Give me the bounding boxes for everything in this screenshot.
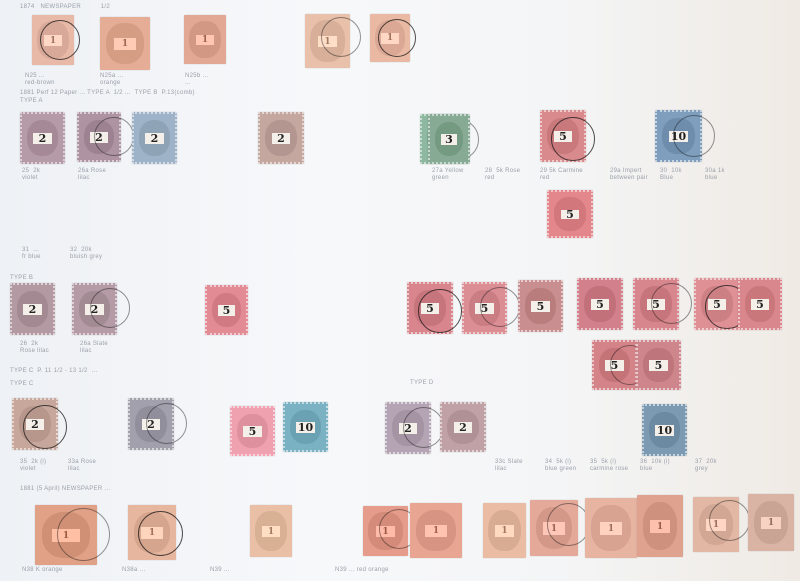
stamp-s14[interactable]: 5 xyxy=(547,190,593,238)
caption-cap-29: 29 5k Carmine red xyxy=(540,168,583,182)
header-note-hdr-typeA: 1881 Perf 12 Paper ... TYPE A 1/2 ... TY… xyxy=(20,90,195,97)
caption-cap-36: 36 10k (i) blue xyxy=(640,459,670,473)
caption-cap-n25: N25 ... red-brown xyxy=(25,73,55,87)
stamp-s7[interactable]: 2 xyxy=(77,112,121,162)
stamp-s31[interactable]: 2 xyxy=(385,402,431,454)
stamp-s29[interactable]: 5 xyxy=(230,406,275,456)
header-note-hdr-typeC: TYPE C xyxy=(10,381,33,388)
header-note-hdr-typeD: TYPE D xyxy=(410,380,433,387)
stamp-s43[interactable]: 1 xyxy=(693,497,739,552)
stamp-value: 2 xyxy=(33,133,51,144)
stamp-s41[interactable]: 1 xyxy=(585,498,637,558)
header-note-hdr-typeA-short: TYPE A xyxy=(20,98,43,105)
header-note-hdr-1881-newspaper: 1881 (5 April) NEWSPAPER ... xyxy=(20,486,110,493)
caption-cap-n39a: N39 ... red orange xyxy=(335,567,389,574)
header-note-hdr-typeB: TYPE B xyxy=(10,275,33,282)
postmark-icon xyxy=(94,117,133,156)
stamp-value: 10 xyxy=(296,422,314,432)
album-page: 1874 NEWSPAPER 1/21881 Perf 12 Paper ...… xyxy=(0,0,800,581)
caption-cap-n38: N38 K orange xyxy=(22,567,63,574)
stamp-s23[interactable]: 5 xyxy=(694,278,740,330)
stamp-s40[interactable]: 1 xyxy=(530,500,578,556)
stamp-s22[interactable]: 5 xyxy=(633,278,679,330)
stamp-s27[interactable]: 2 xyxy=(12,398,58,450)
caption-cap-35b: 35 5k (i) carmine rose xyxy=(590,459,628,473)
postmark-icon xyxy=(709,500,750,541)
caption-cap-33a: 33a Rose lilac xyxy=(68,459,96,473)
stamp-value: 1 xyxy=(262,526,281,537)
stamp-value: 2 xyxy=(454,422,473,432)
stamp-value: 1 xyxy=(495,525,514,537)
stamp-s19[interactable]: 5 xyxy=(462,282,507,334)
stamp-s33[interactable]: 10 xyxy=(642,404,687,456)
stamp-value: 10 xyxy=(655,425,673,436)
caption-cap-26: 26 2k Rose lilac xyxy=(20,341,49,355)
caption-cap-n25b: N25b ... ... xyxy=(185,73,208,87)
stamp-s8[interactable]: 2 xyxy=(132,112,177,164)
postmark-icon xyxy=(23,405,66,448)
caption-cap-31: 31 ... fr blue xyxy=(22,247,41,261)
stamp-s5[interactable]: 1 xyxy=(370,14,410,62)
stamp-value: 5 xyxy=(561,210,580,220)
stamp-s4[interactable]: 1 xyxy=(305,14,350,68)
stamp-value: 5 xyxy=(218,305,235,315)
stamp-s35[interactable]: 1 xyxy=(128,505,176,560)
stamp-s25[interactable]: 5 xyxy=(592,340,637,390)
caption-cap-28: 28 5k Rose red xyxy=(485,168,520,182)
stamp-s15[interactable]: 2 xyxy=(10,283,55,335)
stamp-s42[interactable]: 1 xyxy=(637,495,683,557)
caption-cap-26a: 26a Rose lilac xyxy=(78,168,106,182)
postmark-icon xyxy=(378,19,416,57)
stamp-s30[interactable]: 10 xyxy=(283,402,328,452)
stamp-value: 1 xyxy=(761,517,781,530)
postmark-icon xyxy=(547,503,590,546)
stamp-s17[interactable]: 5 xyxy=(205,285,248,335)
stamp-value: 5 xyxy=(591,299,610,310)
stamp-value: 5 xyxy=(531,301,549,312)
stamp-s16[interactable]: 2 xyxy=(72,283,117,335)
postmark-icon xyxy=(57,508,110,561)
stamp-s36[interactable]: 1 xyxy=(250,505,292,557)
stamp-s38[interactable]: 1 xyxy=(410,503,462,558)
stamp-s44[interactable]: 1 xyxy=(748,494,794,551)
stamp-value: 2 xyxy=(23,304,41,315)
stamp-s34[interactable]: 1 xyxy=(35,505,97,565)
stamp-value: 1 xyxy=(650,520,670,534)
postmark-icon xyxy=(138,511,183,556)
stamp-s24[interactable]: 5 xyxy=(738,278,782,330)
caption-cap-30: 30 10k Blue xyxy=(660,168,682,182)
stamp-s3[interactable]: 1 xyxy=(184,15,226,64)
stamp-s26[interactable]: 5 xyxy=(636,340,681,390)
caption-cap-n25a: N25a ... orange xyxy=(100,73,123,87)
stamp-value: 1 xyxy=(600,522,623,535)
caption-cap-27a: 27a Yellow green xyxy=(432,168,464,182)
caption-cap-25: 25 2k violet xyxy=(22,168,40,182)
header-note-hdr-1874: 1874 NEWSPAPER 1/2 xyxy=(20,4,110,11)
caption-cap-26a-slate: 26a Slate lilac xyxy=(80,341,108,355)
postmark-icon xyxy=(651,283,692,324)
postmark-icon xyxy=(418,289,461,332)
postmark-icon xyxy=(321,17,361,57)
stamp-s12[interactable]: 5 xyxy=(540,110,586,162)
stamp-s39[interactable]: 1 xyxy=(483,503,526,558)
stamp-value: 1 xyxy=(114,38,136,50)
caption-cap-n38a: N38a ... xyxy=(122,567,145,574)
postmark-icon xyxy=(403,407,444,448)
postmark-icon xyxy=(673,115,715,157)
caption-cap-37: 37 20k grey xyxy=(695,459,717,473)
stamp-value: 5 xyxy=(243,426,261,436)
stamp-value: 5 xyxy=(751,299,769,310)
stamp-s13[interactable]: 10 xyxy=(655,110,702,162)
stamp-value: 1 xyxy=(425,525,448,537)
stamp-value: 2 xyxy=(145,133,163,144)
stamp-s2[interactable]: 1 xyxy=(100,17,150,70)
stamp-s9[interactable]: 2 xyxy=(258,112,304,164)
caption-cap-33c: 33c Slate lilac xyxy=(495,459,523,473)
caption-cap-32: 32 20k bluish grey xyxy=(70,247,102,261)
caption-cap-34: 34 5k (i) blue green xyxy=(545,459,576,473)
caption-cap-35: 35 2k (i) violet xyxy=(20,459,46,473)
stamp-s11[interactable]: 3 xyxy=(428,114,470,164)
stamp-value: 3 xyxy=(441,134,458,144)
postmark-icon xyxy=(146,403,187,444)
stamp-s6[interactable]: 2 xyxy=(20,112,65,164)
stamp-value: 2 xyxy=(272,133,291,144)
stamp-s37[interactable]: 1 xyxy=(363,506,408,556)
stamp-s32[interactable]: 2 xyxy=(440,402,486,452)
postmark-icon xyxy=(480,287,520,327)
postmark-icon xyxy=(90,288,130,328)
postmark-icon xyxy=(551,117,594,160)
stamp-s28[interactable]: 2 xyxy=(128,398,174,450)
stamp-value: 5 xyxy=(649,360,667,370)
stamp-s21[interactable]: 5 xyxy=(577,278,623,330)
stamp-value: 1 xyxy=(196,35,215,46)
caption-cap-n39: N39 ... xyxy=(210,567,230,574)
caption-cap-30a: 30a 1k blue xyxy=(705,168,725,182)
stamp-s20[interactable]: 5 xyxy=(518,280,563,332)
header-note-hdr-typeC-perf: TYPE C P. 11 1/2 - 13 1/2 ... xyxy=(10,368,97,375)
stamp-s1[interactable]: 1 xyxy=(32,15,74,65)
caption-cap-29a: 29a Impert between pair xyxy=(610,168,648,182)
stamp-s18[interactable]: 5 xyxy=(407,282,453,334)
postmark-icon xyxy=(40,20,80,60)
